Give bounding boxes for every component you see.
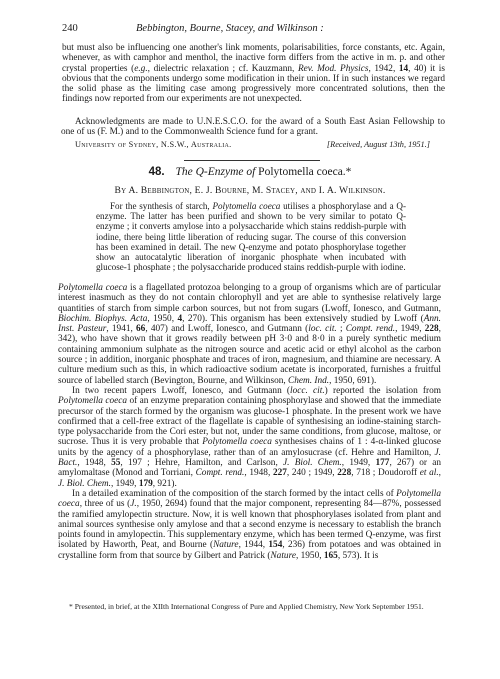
footnote: * Presented, in brief, at the XIIth Inte… [55, 603, 437, 612]
body-paragraph-1: Polytomella coeca is a flagellated proto… [58, 283, 441, 561]
page-number: 240 [62, 23, 78, 34]
article-title-organism: Polytomella coeca.* [258, 166, 351, 178]
received-date: [Received, August 13th, 1951.] [327, 140, 430, 149]
running-title: Bebbington, Bourne, Stacey, and Wilkinso… [136, 23, 324, 34]
article-authors: By A. Bebbington, E. J. Bourne, M. Stace… [0, 185, 500, 196]
article-title: 48. The Q-Enzyme of Polytomella coeca.* [0, 166, 500, 178]
body-paragraph-2: In two recent papers Lwoff, Ionesco, and… [58, 386, 441, 489]
running-header: 240 Bebbington, Bourne, Stacey, and Wilk… [62, 23, 442, 37]
article-title-italic: The Q-Enzyme of [175, 166, 255, 178]
section-divider [184, 160, 320, 161]
article-number: 48. [149, 166, 165, 178]
abstract: For the synthesis of starch, Polytomella… [96, 201, 406, 272]
affiliation: University of Sydney, N.S.W., Australia. [75, 140, 232, 149]
previous-article-continuation: but must also be influencing one another… [62, 43, 445, 105]
body-paragraph-3: In a detailed examination of the composi… [58, 489, 441, 561]
acknowledgments: Acknowledgments are made to U.N.E.S.C.O.… [61, 117, 445, 138]
